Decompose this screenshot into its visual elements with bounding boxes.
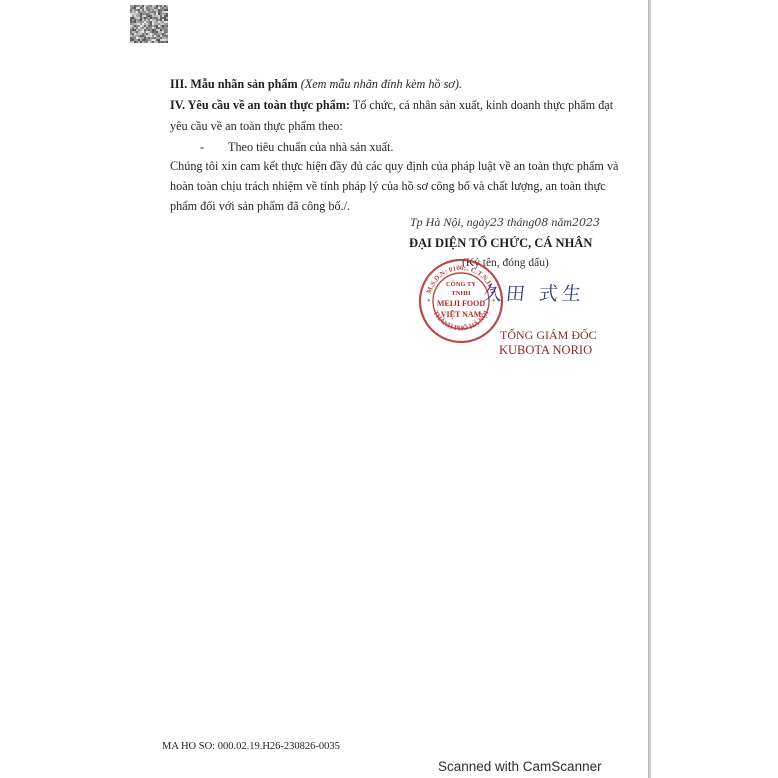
dossier-code: MA HO SO: 000.02.19.H26-230826-0035 [162,741,340,752]
section-4-label: IV. Yêu cầu về an toàn thực phẩm: [170,98,350,112]
camscanner-watermark: Scanned with CamScanner [438,759,602,774]
handwritten-day: 23 [490,216,504,229]
signer-position: TỔNG GIÁM ĐỐC [500,328,597,343]
qr-code [130,5,168,43]
place-prefix: Tp Hà Nội, ngày [410,215,490,229]
section-4-bullet: -Theo tiêu chuẩn của nhà sản xuất. [200,139,393,155]
year-prefix: năm [548,215,572,229]
handwritten-year: 2023 [572,216,600,229]
commitment-line-2: hoàn toàn chịu trách nhiệm về tính pháp … [170,178,606,194]
handwritten-month: 08 [534,216,548,229]
section-3-note: (Xem mẫu nhãn đính kèm hồ sơ). [301,77,462,91]
bullet-text: Theo tiêu chuẩn của nhà sản xuất. [228,140,393,154]
representative-title: ĐẠI DIỆN TỔ CHỨC, CÁ NHÂN [409,236,592,251]
signer-name: KUBOTA NORIO [499,343,592,358]
stamp-star-left: * [427,298,431,306]
stamp-line-1: CÔNG TY [446,280,476,288]
commitment-line-1: Chúng tôi xin cam kết thực hiện đầy đủ c… [170,158,618,174]
stamp-line-2: TNHH [451,290,470,297]
commitment-line-3: phẩm đối với sản phẩm đã công bố./. [170,198,350,214]
bullet-dash: - [200,139,228,155]
section-4-text-1: Tổ chức, cá nhân sản xuất, kinh doanh th… [350,98,613,112]
place-date: Tp Hà Nội, ngày23 tháng08 năm2023 [410,215,600,230]
stamp-line-3: MEIJI FOOD [437,299,485,308]
month-prefix: tháng [504,215,534,229]
section-3-line: III. Mẫu nhãn sản phẩm (Xem mẫu nhãn đín… [170,76,462,92]
section-3-label: III. Mẫu nhãn sản phẩm [170,77,298,91]
document-page: III. Mẫu nhãn sản phẩm (Xem mẫu nhãn đín… [0,0,648,778]
stamp-line-4: VIỆT NAM [441,310,482,319]
section-4-line-1: IV. Yêu cầu về an toàn thực phẩm: Tổ chứ… [170,97,613,113]
page-edge-divider [648,0,651,778]
section-4-line-2: yêu cầu về an toàn thực phẩm theo: [170,118,343,134]
handwritten-signature: 久田 式生 [482,279,587,306]
